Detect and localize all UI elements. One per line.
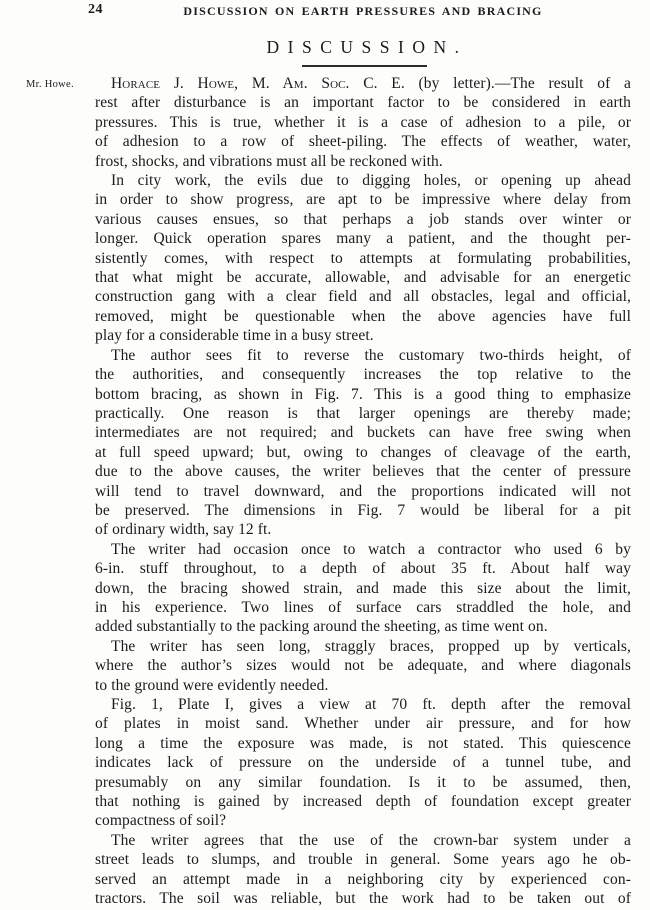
text-line: the authorities, and consequently increa… xyxy=(95,365,631,384)
text-line: of plates in moist sand. Whether under a… xyxy=(95,714,631,733)
text-line: presumably on any similar foundation. Is… xyxy=(95,773,631,792)
text-line: rest after disturbance is an important f… xyxy=(95,93,631,112)
text-line: various causes ensues, so that perhaps a… xyxy=(95,210,631,229)
text-line: will tend to travel downward, and the pr… xyxy=(95,482,631,501)
margin-note-speaker: Mr. Howe. xyxy=(26,79,74,90)
text-line: where the author’s sizes would not be ad… xyxy=(95,656,631,675)
text-line: The writer had occasion once to watch a … xyxy=(95,540,631,559)
text-line: in his experience. Two lines of surface … xyxy=(95,598,631,617)
text-line: practically. One reason is that larger o… xyxy=(95,404,631,423)
text-line: tractors. The soil was reliable, but the… xyxy=(95,889,631,908)
text-line: to the ground were evidently needed. xyxy=(95,676,631,695)
text-line: indicates lack of pressure on the unders… xyxy=(95,753,631,772)
text-line: removed, might be questionable when the … xyxy=(95,307,631,326)
text-line: that what might be accurate, allowable, … xyxy=(95,268,631,287)
text-line: added substantially to the packing aroun… xyxy=(95,617,631,636)
scanned-page: 24 DISCUSSION ON EARTH PRESSURES AND BRA… xyxy=(0,0,650,910)
text-line: be preserved. The dimensions in Fig. 7 w… xyxy=(95,501,631,520)
text-line: in order to show progress, are apt to be… xyxy=(95,190,631,209)
section-title: DISCUSSION. xyxy=(95,37,631,58)
text-line: The writer has seen long, straggly brace… xyxy=(95,637,631,656)
text-line: due to the above causes, the writer beli… xyxy=(95,462,631,481)
text-line: of adhesion to a row of sheet-piling. Th… xyxy=(95,132,631,151)
text-line: at full speed upward; but, owing to chan… xyxy=(95,443,631,462)
running-title: DISCUSSION ON EARTH PRESSURES AND BRACIN… xyxy=(95,4,631,19)
text-line: play for a considerable time in a busy s… xyxy=(95,326,631,345)
speaker-name-smallcaps: Horace J. Howe, M. Am. Soc. C. E. xyxy=(111,75,405,92)
text-line: frost, shocks, and vibrations must all b… xyxy=(95,152,631,171)
text-line: that nothing is gained by increased dept… xyxy=(95,792,631,811)
text-column: Horace J. Howe, M. Am. Soc. C. E. (by le… xyxy=(95,74,631,908)
text-line: Fig. 1, Plate I, gives a view at 70 ft. … xyxy=(95,695,631,714)
text-line: sistently comes, with respect to attempt… xyxy=(95,249,631,268)
text-line: In city work, the evils due to digging h… xyxy=(95,171,631,190)
section-title-rule xyxy=(302,65,427,67)
text-line: construction gang with a clear field and… xyxy=(95,287,631,306)
text-line: served an attempt made in a neighboring … xyxy=(95,870,631,889)
text-line: The writer agrees that the use of the cr… xyxy=(95,831,631,850)
text-line: compactness of soil? xyxy=(95,811,631,830)
text-line: long a time the exposure was made, is no… xyxy=(95,734,631,753)
text-line: intermediates are not required; and buck… xyxy=(95,423,631,442)
text-line: down, the bracing showed strain, and mad… xyxy=(95,579,631,598)
text-line: The author sees fit to reverse the custo… xyxy=(95,346,631,365)
text-line: bottom bracing, as shown in Fig. 7. This… xyxy=(95,385,631,404)
text-line: longer. Quick operation spares many a pa… xyxy=(95,229,631,248)
text-line: 6-in. stuff throughout, to a depth of ab… xyxy=(95,559,631,578)
text-line: pressures. This is true, whether it is a… xyxy=(95,113,631,132)
text-line: Horace J. Howe, M. Am. Soc. C. E. (by le… xyxy=(95,74,631,93)
line-text: (by letter).—The result of a xyxy=(405,75,631,92)
text-line: of ordinary width, say 12 ft. xyxy=(95,520,631,539)
text-line: street leads to slumps, and trouble in g… xyxy=(95,850,631,869)
